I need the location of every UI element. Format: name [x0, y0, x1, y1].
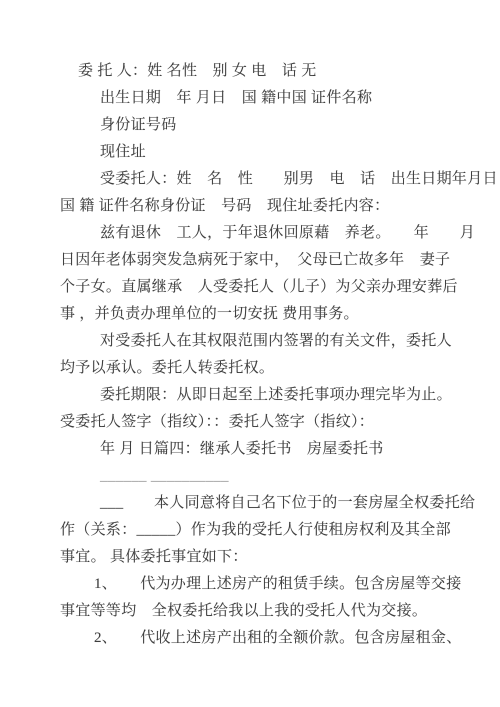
- doc-line-term: 委托期限：从即日起至上述委托事项办理完毕为止。: [60, 382, 450, 409]
- doc-line-house-consent-2: 作（关系：_____）作为我的受托人行使租房权利及其全部: [60, 517, 450, 544]
- doc-line-id-number: 身份证号码: [60, 112, 450, 139]
- document-body: 委 托 人：姓 名性 别 女 电 话 无 出生日期 年 月日 国 籍中国 证件名…: [60, 58, 450, 652]
- doc-line-retirement-2: 日因年老体弱突发急病死于家中， 父母已亡故多年 妻子: [60, 247, 450, 274]
- doc-line-house-consent-3: 事宜。 具体委托事宜如下：: [60, 544, 450, 571]
- doc-line-principal: 委 托 人：姓 名性 别 女 电 话 无: [60, 58, 450, 85]
- doc-line-recognition-1: 对受委托人在其权限范围内签署的有关文件，委托人: [60, 328, 450, 355]
- doc-line-signatures: 受委托人签字（指纹）：：委托人签字（指纹）：: [60, 409, 450, 436]
- doc-line-item-1a: 1、 代为办理上述房产的租赁手续。包含房屋等交接: [60, 571, 450, 598]
- doc-line-birthdate: 出生日期 年 月日 国 籍中国 证件名称: [60, 85, 450, 112]
- doc-line-recognition-2: 均予以承认。委托人转委托权。: [60, 355, 450, 382]
- doc-line-retirement-1: 兹有退休 工人，于年退休回原藉 养老。 年 月: [60, 220, 450, 247]
- doc-line-agent: 受委托人：姓 名 性 别男 电 话 出生日期年月日: [60, 166, 450, 193]
- doc-line-blank-fields: ______ __________: [60, 463, 450, 490]
- doc-line-agent-details: 国 籍 证件名称身份证 号码 现住址委托内容：: [60, 193, 450, 220]
- doc-line-date-part4-title: 年 月 日篇四：继承人委托书 房屋委托书: [60, 436, 450, 463]
- document-page: 委 托 人：姓 名性 别 女 电 话 无 出生日期 年 月日 国 籍中国 证件名…: [0, 0, 500, 707]
- doc-line-house-consent-1: ___ 本人同意将自己名下位于的一套房屋全权委托给: [60, 490, 450, 517]
- doc-line-retirement-4: 事 ，并负责办理单位的一切安抚 费用事务。: [60, 301, 450, 328]
- doc-line-address: 现住址: [60, 139, 450, 166]
- doc-line-item-1b: 事宜等等均 全权委托给我以上我的受托人代为交接。: [60, 598, 450, 625]
- doc-line-item-2: 2、 代收上述房产出租的全额价款。包含房屋租金、: [60, 625, 450, 652]
- doc-line-retirement-3: 个子女。直属继承 人受委托人（儿子）为父亲办理安葬后: [60, 274, 450, 301]
